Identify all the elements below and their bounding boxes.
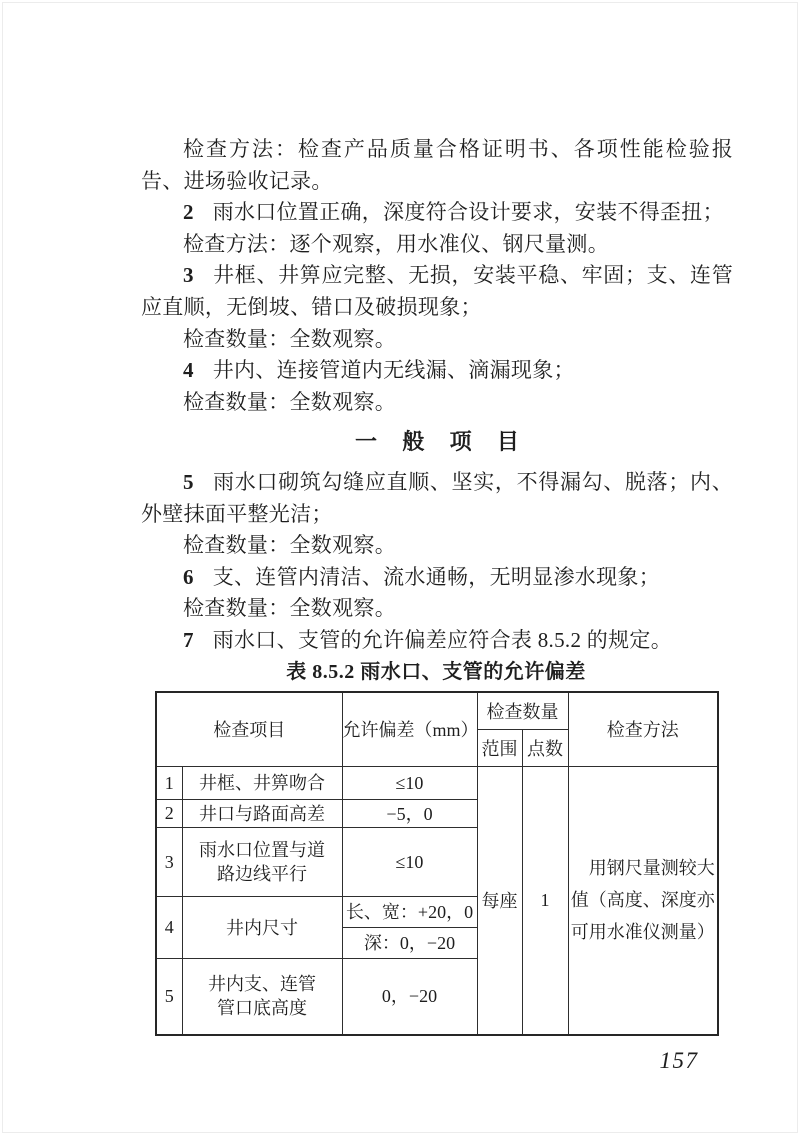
paragraph-text: 检查方法：检查产品质量合格证明书、各项性能检验报告、进场验收记录。 — [141, 137, 733, 193]
col-header-method: 检查方法 — [568, 692, 718, 767]
row-number-cell: 5 — [156, 959, 182, 1035]
paragraph: 4井内、连接管道内无线漏、滴漏现象； — [141, 355, 733, 387]
page-number: 157 — [644, 1048, 714, 1074]
table-row: 1 井框、井箅吻合 ≤10 每座 1 用钢尺量测较大 值（高度、深度亦 可用水准… — [156, 767, 718, 800]
deviation-cell: ≤10 — [342, 828, 477, 897]
col-header-range: 范围 — [477, 730, 522, 767]
paragraph: 3井框、井箅应完整、无损，安装平稳、牢固；支、连管应直顺，无倒坡、错口及破损现象… — [141, 260, 733, 323]
deviation-table: 检查项目 允许偏差（mm） 检查数量 检查方法 范围 点数 1 井框、井箅吻合 … — [155, 691, 719, 1036]
paragraph: 检查数量：全数观察。 — [141, 530, 733, 562]
item-number: 5 — [183, 470, 194, 494]
range-cell: 每座 — [477, 767, 522, 1035]
col-header-deviation: 允许偏差（mm） — [342, 692, 477, 767]
paragraph: 检查方法：逐个观察，用水准仪、钢尺量测。 — [141, 229, 733, 261]
col-header-item: 检查项目 — [156, 692, 342, 767]
paragraph: 7雨水口、支管的允许偏差应符合表 8.5.2 的规定。 — [141, 625, 733, 657]
row-number-cell: 3 — [156, 828, 182, 897]
deviation-cell: −5，0 — [342, 800, 477, 828]
paragraph: 检查数量：全数观察。 — [141, 593, 733, 625]
paragraph: 2雨水口位置正确，深度符合设计要求，安装不得歪扭； — [141, 197, 733, 229]
item-number: 7 — [183, 628, 194, 652]
col-header-quantity: 检查数量 — [477, 692, 568, 730]
paragraph-text: 检查数量：全数观察。 — [183, 327, 396, 351]
item-number: 6 — [183, 565, 194, 589]
paragraph-text: 检查方法：逐个观察，用水准仪、钢尺量测。 — [183, 232, 609, 256]
page-body: 检查方法：检查产品质量合格证明书、各项性能检验报告、进场验收记录。 2雨水口位置… — [141, 134, 733, 1036]
item-cell: 井内支、连管 管口底高度 — [182, 959, 342, 1035]
item-number: 3 — [183, 263, 194, 287]
paragraph: 检查数量：全数观察。 — [141, 324, 733, 356]
row-number-cell: 2 — [156, 800, 182, 828]
table-caption: 表 8.5.2 雨水口、支管的允许偏差 — [155, 661, 717, 684]
paragraph-text: 雨水口位置正确，深度符合设计要求，安装不得歪扭； — [213, 200, 724, 224]
item-cell: 雨水口位置与道 路边线平行 — [182, 828, 342, 897]
method-cell: 用钢尺量测较大 值（高度、深度亦 可用水准仪测量） — [568, 767, 718, 1035]
paragraph: 检查方法：检查产品质量合格证明书、各项性能检验报告、进场验收记录。 — [141, 134, 733, 197]
deviation-cell: 长、宽：+20，0 — [342, 897, 477, 928]
item-cell: 井框、井箅吻合 — [182, 767, 342, 800]
table-header-row: 检查项目 允许偏差（mm） 检查数量 检查方法 — [156, 692, 718, 730]
deviation-cell: 深：0，−20 — [342, 928, 477, 959]
paragraph: 6支、连管内清洁、流水通畅，无明显渗水现象； — [141, 562, 733, 594]
paragraph-text: 支、连管内清洁、流水通畅，无明显渗水现象； — [213, 565, 660, 589]
paragraph: 检查数量：全数观察。 — [141, 387, 733, 419]
item-cell: 井内尺寸 — [182, 897, 342, 959]
section-heading: 一 般 项 目 — [141, 426, 733, 458]
row-number-cell: 4 — [156, 897, 182, 959]
deviation-cell: 0，−20 — [342, 959, 477, 1035]
paragraph-text: 检查数量：全数观察。 — [183, 533, 396, 557]
col-header-points: 点数 — [522, 730, 568, 767]
paragraph-text: 检查数量：全数观察。 — [183, 596, 396, 620]
points-cell: 1 — [522, 767, 568, 1035]
paragraph-text: 井内、连接管道内无线漏、滴漏现象； — [213, 358, 575, 382]
row-number-cell: 1 — [156, 767, 182, 800]
paragraph-text: 雨水口、支管的允许偏差应符合表 8.5.2 的规定。 — [213, 628, 672, 652]
item-number: 4 — [183, 358, 194, 382]
item-number: 2 — [183, 200, 194, 224]
deviation-cell: ≤10 — [342, 767, 477, 800]
paragraph-text: 雨水口砌筑勾缝应直顺、坚实，不得漏勾、脱落；内、外壁抹面平整光洁； — [141, 470, 733, 526]
paragraph: 5雨水口砌筑勾缝应直顺、坚实，不得漏勾、脱落；内、外壁抹面平整光洁； — [141, 467, 733, 530]
item-cell: 井口与路面高差 — [182, 800, 342, 828]
paragraph-text: 井框、井箅应完整、无损，安装平稳、牢固；支、连管应直顺，无倒坡、错口及破损现象； — [141, 263, 733, 319]
table-section: 表 8.5.2 雨水口、支管的允许偏差 检查项目 允许偏差（mm） 检查数量 检… — [155, 661, 717, 1036]
paragraph-text: 检查数量：全数观察。 — [183, 390, 396, 414]
